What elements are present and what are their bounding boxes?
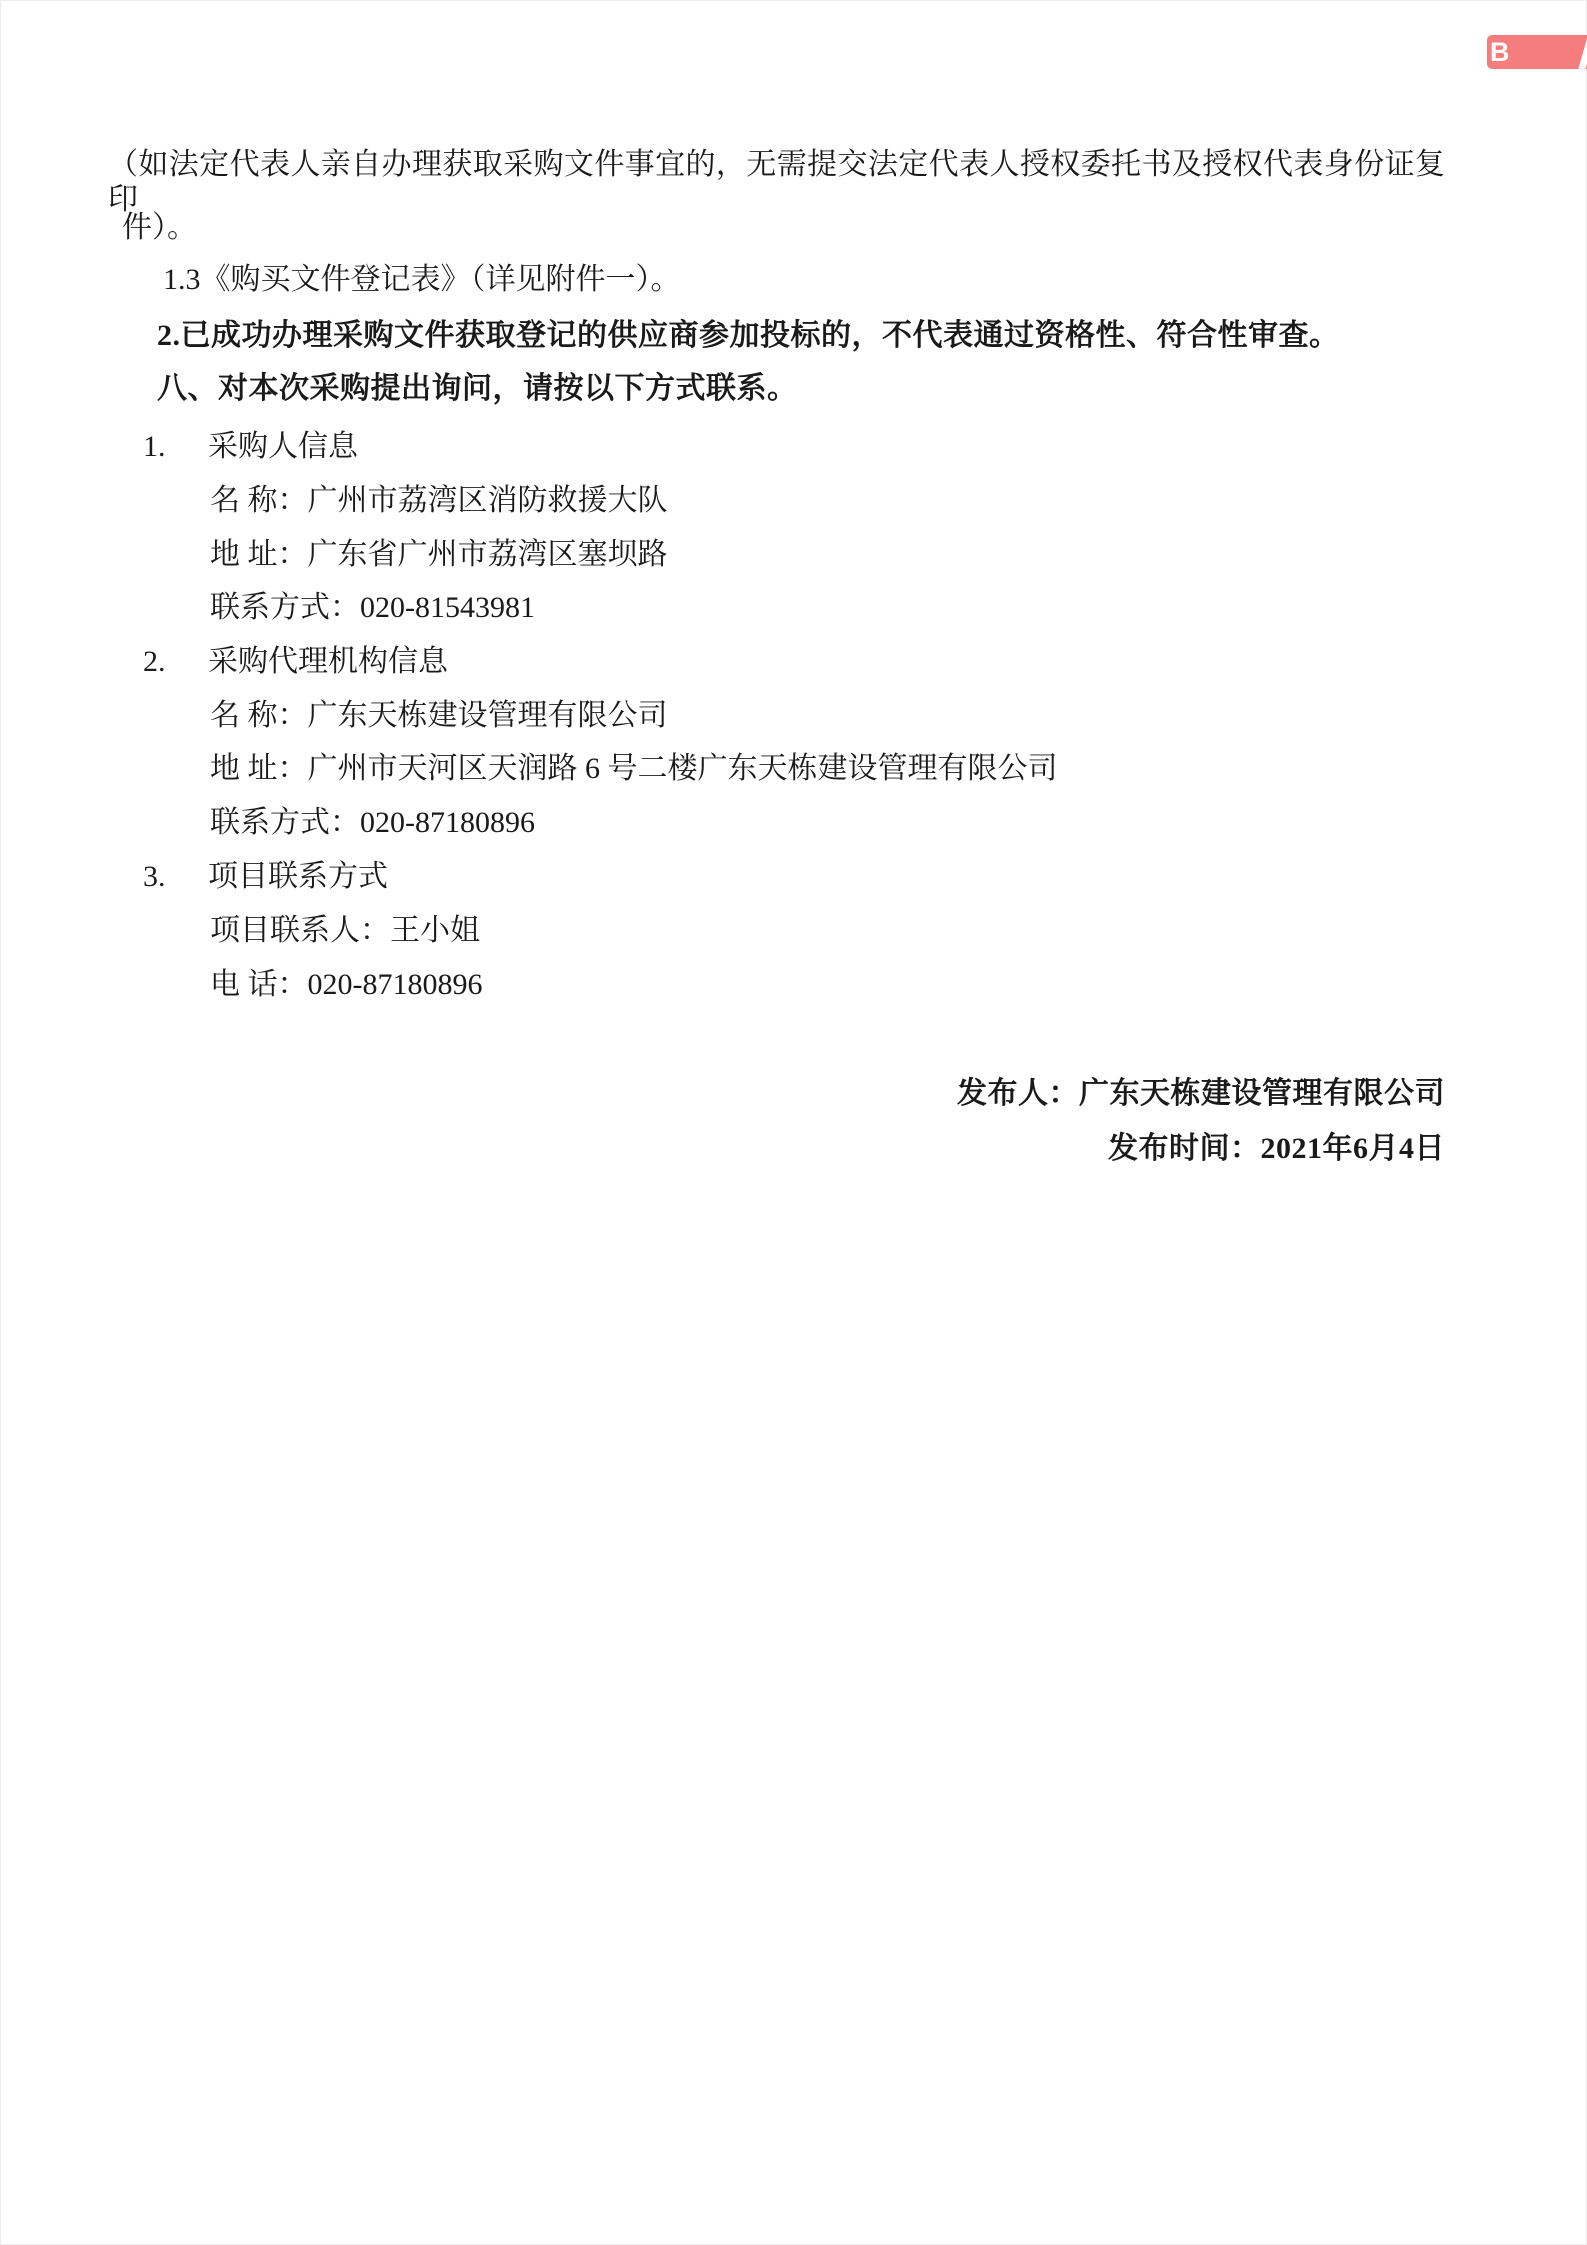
- buyer-name-line: 名 称：广州市荔湾区消防救援大队: [210, 484, 668, 519]
- buyer-address-line: 地 址：广东省广州市荔湾区塞坝路: [210, 538, 668, 573]
- buyer-phone-line: 联系方式：020-81543981: [210, 591, 535, 626]
- clause-2: 2.已成功办理采购文件获取登记的供应商参加投标的，不代表通过资格性、符合性审查。: [157, 319, 1340, 354]
- contact-project-heading: 3.项目联系方式: [143, 860, 388, 895]
- paragraph-line-1: （如法定代表人亲自办理获取采购文件事宜的，无需提交法定代表人授权委托书及授权代表…: [108, 148, 1445, 217]
- list-title: 采购人信息: [208, 430, 358, 463]
- floating-badge[interactable]: B: [1487, 35, 1587, 69]
- list-title: 项目联系方式: [208, 860, 388, 893]
- list-number: 1.: [143, 430, 208, 465]
- section-8-heading: 八、对本次采购提出询问，请按以下方式联系。: [157, 372, 798, 407]
- publisher-name-line: 发布人：广东天栋建设管理有限公司: [957, 1077, 1445, 1112]
- project-phone-line: 电 话：020-87180896: [210, 968, 483, 1003]
- agency-phone-line: 联系方式：020-87180896: [210, 806, 535, 841]
- list-number: 3.: [143, 860, 208, 895]
- list-title: 采购代理机构信息: [208, 645, 448, 678]
- paragraph-line-2: 件）。: [122, 211, 197, 246]
- badge-b-icon: B: [1490, 37, 1510, 67]
- agency-address-line: 地 址：广州市天河区天润路 6 号二楼广东天栋建设管理有限公司: [210, 752, 1058, 787]
- publish-date-line: 发布时间：2021年6月4日: [1108, 1132, 1445, 1167]
- clause-1-3: 1.3《购买文件登记表》（详见附件一）。: [163, 263, 681, 298]
- project-contact-line: 项目联系人：王小姐: [210, 914, 480, 949]
- contact-agency-heading: 2.采购代理机构信息: [143, 645, 448, 680]
- document-page: B （如法定代表人亲自办理获取采购文件事宜的，无需提交法定代表人授权委托书及授权…: [0, 0, 1587, 2245]
- badge-notch: [1577, 31, 1587, 75]
- list-number: 2.: [143, 645, 208, 680]
- agency-name-line: 名 称：广东天栋建设管理有限公司: [210, 699, 668, 734]
- contact-buyer-heading: 1.采购人信息: [143, 430, 358, 465]
